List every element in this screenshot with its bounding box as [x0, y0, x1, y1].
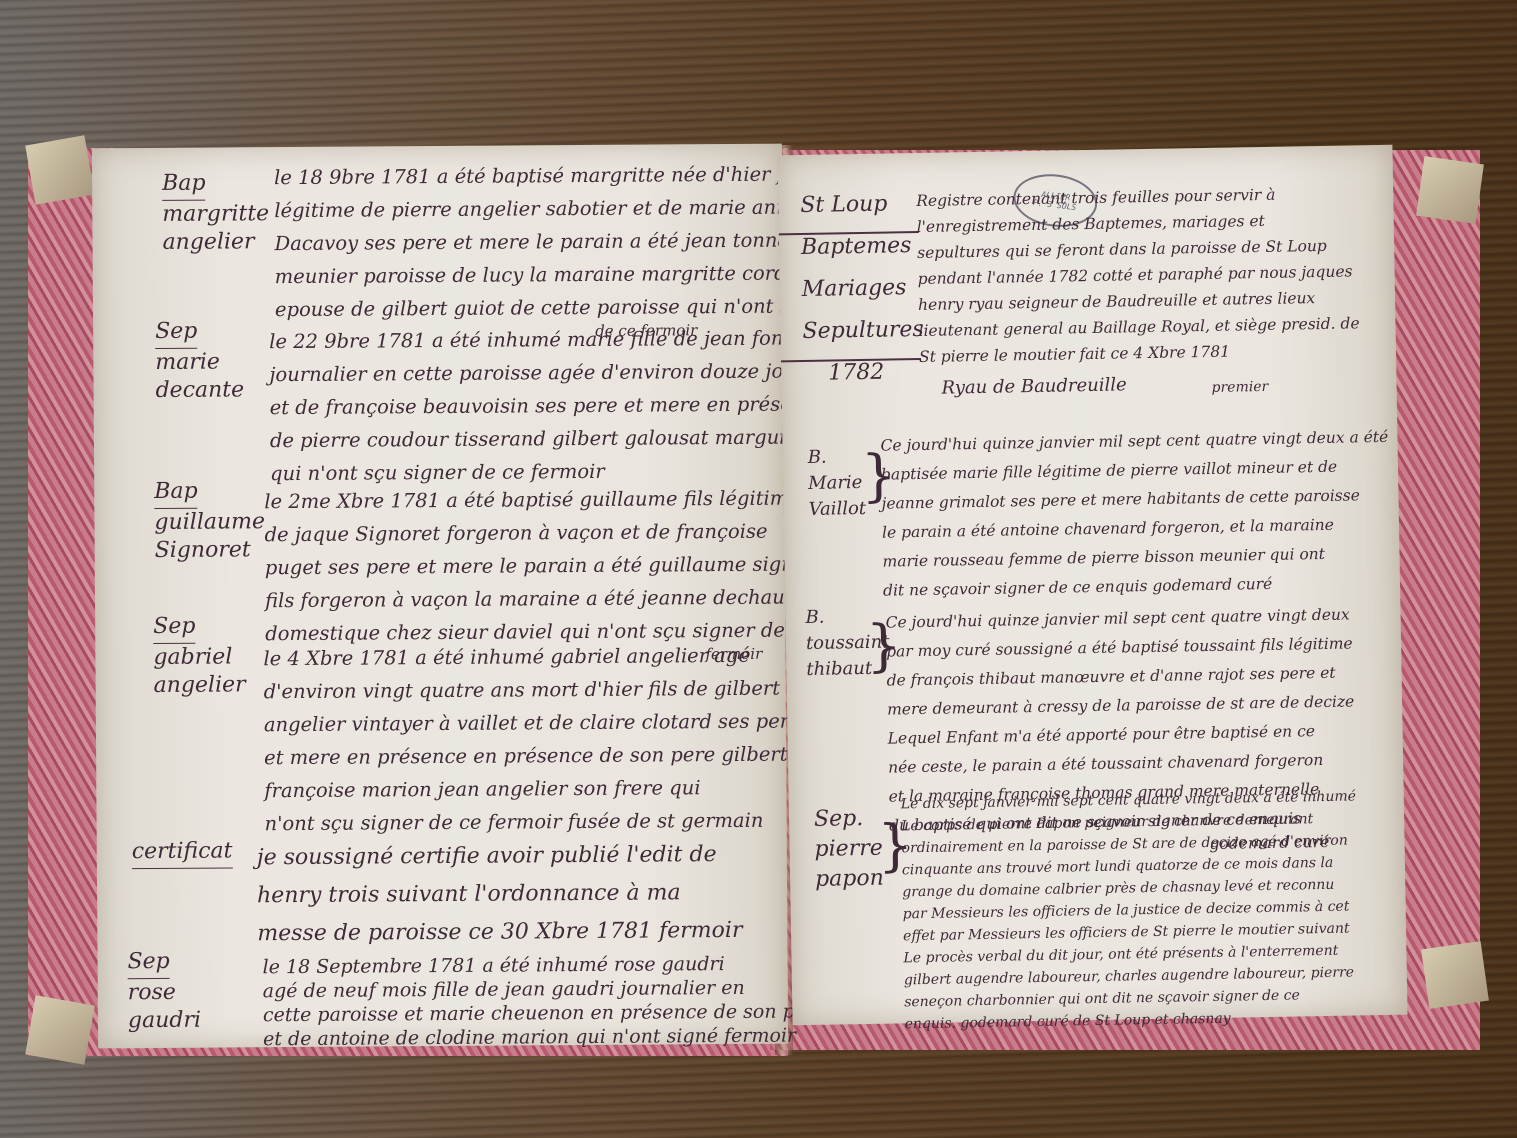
official-note: premier	[1211, 379, 1268, 396]
register-title-margin: St Loup Baptemes Mariages Sepultures 178…	[800, 183, 925, 395]
margin-note: Bap margritte angelier	[162, 169, 269, 257]
margin-note: certificat	[132, 837, 233, 869]
register-entry: je soussigné certifie avoir publié l'edi…	[257, 836, 743, 953]
right-page: St Loup Baptemes Mariages Sepultures 178…	[777, 145, 1407, 1026]
margin-note: Sep rose gaudri	[127, 948, 201, 1036]
margin-note: Sep gabriel angelier	[153, 612, 246, 700]
official-signature: Ryau de Baudreuille	[941, 374, 1127, 398]
cover-corner-tl	[25, 135, 95, 205]
register-entry: Le dix sept janvier mil sept cent quatre…	[901, 785, 1360, 1035]
register-header-text: Registre contenant trois feuilles pour s…	[916, 180, 1360, 370]
margin-note: B. Marie Vaillot	[808, 444, 867, 523]
margin-note: Sep. pierre papon	[814, 804, 884, 895]
register-entry: le 2me Xbre 1781 a été baptisé guillaume…	[264, 481, 835, 664]
register-entry: le 22 9bre 1781 a été inhumé marie fille…	[269, 321, 827, 490]
cover-corner-br	[1421, 941, 1489, 1009]
cover-corner-bl	[25, 995, 95, 1065]
margin-note: Bap guillaume Signoret	[154, 477, 265, 565]
register-entry: le 4 Xbre 1781 a été inhumé gabriel ange…	[263, 638, 801, 840]
register-entry: le 18 Septembre 1781 a été inhumé rose g…	[263, 951, 827, 1051]
cover-corner-tr	[1416, 156, 1484, 224]
margin-note: Sep marie decante	[155, 317, 244, 405]
register-entry: Ce jourd'hui quinze janvier mil sept cen…	[880, 423, 1391, 606]
left-page: Bap margritte angelier le 18 9bre 1781 a…	[92, 144, 788, 1049]
